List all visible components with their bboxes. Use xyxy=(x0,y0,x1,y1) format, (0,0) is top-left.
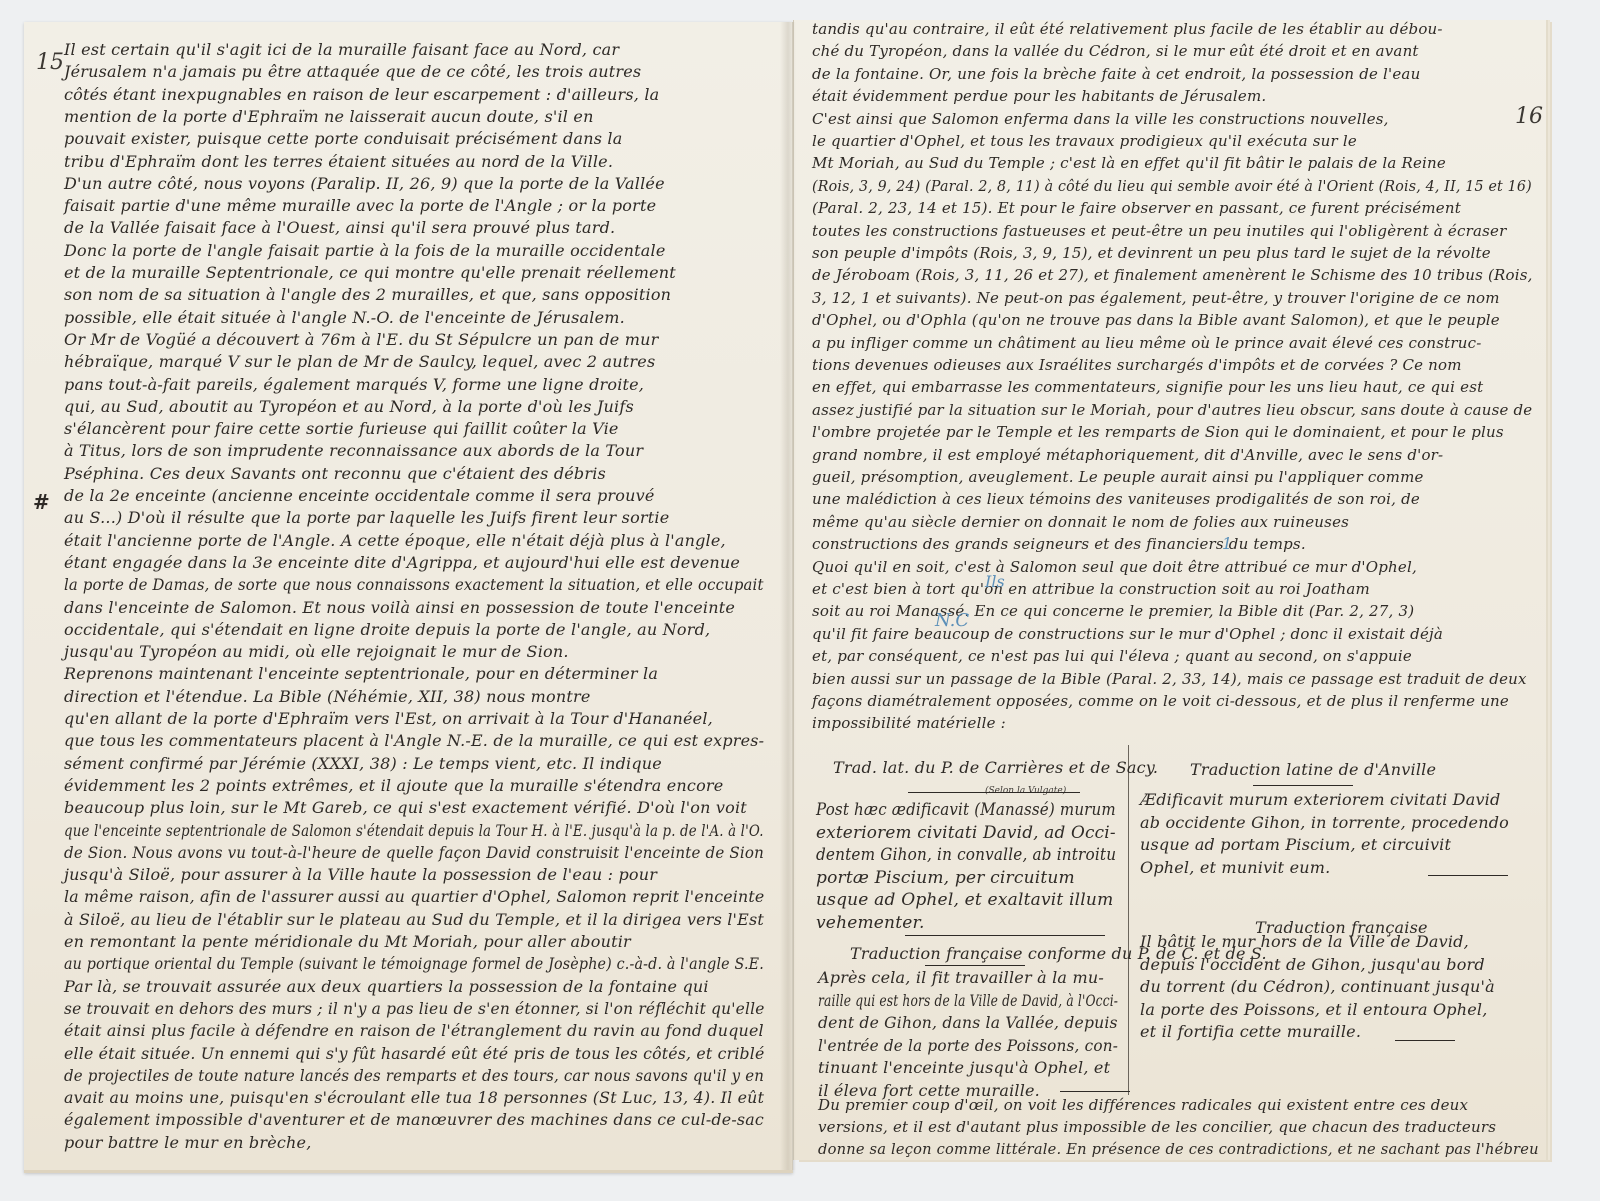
manuscript-line: et, par conséquent, ce n'est pas lui qui… xyxy=(812,647,1412,665)
manuscript-line: d'Ophel, ou d'Ophla (qu'on ne trouve pas… xyxy=(812,311,1500,329)
manuscript-line: sément confirmé par Jérémie (XXXI, 38) :… xyxy=(64,754,662,773)
manuscript-line: soit au roi Manassé. En ce qui concerne … xyxy=(812,602,1414,620)
manuscript-line: Ophel, et munivit eum. xyxy=(1140,858,1330,877)
manuscript-line: de la Vallée faisait face à l'Ouest, ain… xyxy=(64,218,615,237)
manuscript-line: était ainsi plus facile à défendre en ra… xyxy=(64,1021,764,1040)
manuscript-line: Du premier coup d'œil, on voit les diffé… xyxy=(818,1096,1468,1114)
blue-pencil-annotation: N.C xyxy=(935,610,969,631)
manuscript-line: qu'en allant de la porte d'Ephraïm vers … xyxy=(64,709,713,728)
manuscript-line: se trouvait en dehors des murs ; il n'y … xyxy=(64,999,765,1018)
manuscript-line: Ædificavit murum exteriorem civitati Dav… xyxy=(1140,790,1500,809)
manuscript-line: avait au moins une, puisqu'en s'écroulan… xyxy=(64,1088,764,1107)
manuscript-line: depuis l'occident de Gihon, jusqu'au bor… xyxy=(1140,955,1485,974)
manuscript-line: façons diamétralement opposées, comme on… xyxy=(812,692,1509,710)
manuscript-line: tions devenues odieuses aux Israélites s… xyxy=(812,356,1462,374)
manuscript-line: tandis qu'au contraire, il eût été relat… xyxy=(812,20,1443,38)
manuscript-line: ché du Tyropéon, dans la vallée du Cédro… xyxy=(812,42,1419,60)
manuscript-line: était évidemment perdue pour les habitan… xyxy=(812,87,1266,105)
manuscript-line: dent de Gihon, dans la Vallée, depuis xyxy=(818,1013,1118,1032)
manuscript-line: tribu d'Ephraïm dont les terres étaient … xyxy=(64,152,613,171)
manuscript-line: son nom de sa situation à l'angle des 2 … xyxy=(64,285,671,304)
blue-pencil-annotation: Ils xyxy=(985,572,1005,591)
manuscript-line: Il bâtit le mur hors de la Ville de Davi… xyxy=(1140,932,1469,951)
manuscript-line: usque ad Ophel, et exaltavit illum xyxy=(816,890,1113,910)
manuscript-line: en effet, qui embarrasse les commentateu… xyxy=(812,378,1483,396)
danville-translation-heading: Traduction latine de d'Anville xyxy=(1190,760,1436,779)
manuscript-line: Jérusalem n'a jamais pu être attaquée qu… xyxy=(64,62,641,81)
manuscript-line: toutes les constructions fastueuses et p… xyxy=(812,222,1506,240)
manuscript-line: possible, elle était située à l'angle N.… xyxy=(64,308,625,327)
manuscript-line: (Rois, 3, 9, 24) (Paral. 2, 8, 11) à côt… xyxy=(812,177,1532,195)
manuscript-line: Quoi qu'il en soit, c'est à Salomon seul… xyxy=(812,558,1417,576)
manuscript-line: et de la muraille Septentrionale, ce qui… xyxy=(64,263,676,282)
manuscript-line: étant engagée dans la 3e enceinte dite d… xyxy=(64,553,740,572)
manuscript-line: de projectiles de toute nature lancés de… xyxy=(64,1066,764,1085)
manuscript-line: Pséphina. Ces deux Savants ont reconnu q… xyxy=(64,464,606,483)
page-number-left: 15 xyxy=(36,50,64,75)
manuscript-line: (Paral. 2, 23, 14 et 15). Et pour le fai… xyxy=(812,199,1461,217)
manuscript-line: grand nombre, il est employé métaphoriqu… xyxy=(812,446,1443,464)
book-gutter xyxy=(780,22,796,1170)
manuscript-line: à Titus, lors de son imprudente reconnai… xyxy=(64,441,643,460)
end-rule xyxy=(1395,1040,1455,1041)
manuscript-line: était l'ancienne porte de l'Angle. A cet… xyxy=(64,531,726,550)
manuscript-line: beaucoup plus loin, sur le Mt Gareb, ce … xyxy=(64,798,747,817)
manuscript-line: dentem Gihon, in convalle, ab introitu xyxy=(816,845,1116,865)
manuscript-line: au S...) D'où il résulte que la porte pa… xyxy=(64,508,669,527)
manuscript-line: à Siloë, au lieu de l'établir sur le pla… xyxy=(64,910,764,929)
manuscript-line: et il fortifia cette muraille. xyxy=(1140,1022,1361,1041)
manuscript-line: pans tout-à-fait pareils, également marq… xyxy=(64,375,644,394)
manuscript-line: qu'il fit faire beaucoup de construction… xyxy=(812,625,1443,643)
heading-underline xyxy=(925,965,1025,966)
manuscript-line: Mt Moriah, au Sud du Temple ; c'est là e… xyxy=(812,154,1446,172)
manuscript-line: C'est ainsi que Salomon enferma dans la … xyxy=(812,110,1389,128)
manuscript-line: la porte de Damas, de sorte que nous con… xyxy=(64,575,764,594)
manuscript-line: Post hæc ædificavit (Manassé) murum xyxy=(816,800,1116,820)
manuscript-line: Reprenons maintenant l'enceinte septentr… xyxy=(64,664,658,683)
manuscript-line: l'ombre projetée par le Temple et les re… xyxy=(812,423,1504,441)
manuscript-line: portæ Piscium, per circuitum xyxy=(816,868,1075,888)
manuscript-line: impossibilité matérielle : xyxy=(812,714,1006,732)
manuscript-line: son peuple d'impôts (Rois, 3, 9, 15), et… xyxy=(812,244,1491,262)
manuscript-line: usque ad portam Piscium, et circuivit xyxy=(1140,835,1451,854)
manuscript-line: ab occidente Gihon, in torrente, procede… xyxy=(1140,813,1509,832)
manuscript-line: de la 2e enceinte (ancienne enceinte occ… xyxy=(64,486,655,505)
manuscript-line: évidemment les 2 points extrêmes, et il … xyxy=(64,776,723,795)
vulgate-annotation: (Selon la Vulgate) xyxy=(985,786,1066,796)
manuscript-line: également impossible d'aventurer et de m… xyxy=(64,1110,764,1129)
manuscript-line: bien aussi sur un passage de la Bible (P… xyxy=(812,670,1527,688)
manuscript-line: en remontant la pente méridionale du Mt … xyxy=(64,932,631,951)
margin-hash-mark: # xyxy=(33,490,50,514)
manuscript-line: hébraïque, marqué V sur le plan de Mr de… xyxy=(64,352,655,371)
manuscript-line: 3, 12, 1 et suivants). Ne peut-on pas ég… xyxy=(812,289,1500,307)
manuscript-line: Il est certain qu'il s'agit ici de la mu… xyxy=(64,40,619,59)
manuscript-line: l'entrée de la porte des Poissons, con- xyxy=(818,1036,1118,1055)
manuscript-line: que l'enceinte septentrionale de Salomon… xyxy=(64,821,764,840)
manuscript-line: la même raison, afin de l'assurer aussi … xyxy=(64,887,764,906)
manuscript-line: faisait partie d'une même muraille avec … xyxy=(64,196,656,215)
manuscript-line: raille qui est hors de la Ville de David… xyxy=(818,991,1118,1010)
manuscript-line: la porte des Poissons, et il entoura Oph… xyxy=(1140,1000,1488,1019)
manuscript-line: exteriorem civitati David, ad Occi- xyxy=(816,823,1116,843)
manuscript-line: pouvait exister, puisque cette porte con… xyxy=(64,129,622,148)
manuscript-line: mention de la porte d'Ephraïm ne laisser… xyxy=(64,107,594,126)
manuscript-line: côtés étant inexpugnables en raison de l… xyxy=(64,85,659,104)
manuscript-line: tinuant l'enceinte jusqu'à Ophel, et xyxy=(818,1058,1110,1077)
manuscript-line: Or Mr de Vogüé a découvert à 76m à l'E. … xyxy=(64,330,658,349)
blue-pencil-annotation: 1 xyxy=(1222,534,1232,553)
manuscript-line: vehementer. xyxy=(816,913,925,933)
manuscript-line: jusqu'au Tyropéon au midi, où elle rejoi… xyxy=(64,642,569,661)
manuscript-line: Donc la porte de l'angle faisait partie … xyxy=(64,241,666,260)
manuscript-line: de Jéroboam (Rois, 3, 11, 26 et 27), et … xyxy=(812,266,1533,284)
manuscript-line: même qu'au siècle dernier on donnait le … xyxy=(812,513,1349,531)
manuscript-line: a pu infliger comme un châtiment au lieu… xyxy=(812,334,1481,352)
manuscript-line: Après cela, il fit travailler à la mu- xyxy=(818,968,1104,987)
manuscript-line: de Sion. Nous avons vu tout-à-l'heure de… xyxy=(64,843,764,862)
manuscript-line: et c'est bien à tort qu'on en attribue l… xyxy=(812,580,1370,598)
column-divider xyxy=(1128,745,1129,1095)
page-number-right: 16 xyxy=(1515,104,1543,129)
manuscript-line: une malédiction à ces lieux témoins des … xyxy=(812,490,1420,508)
manuscript-line: donne sa leçon comme littérale. En prése… xyxy=(818,1140,1539,1158)
manuscript-line: que tous les commentateurs placent à l'A… xyxy=(64,731,764,750)
manuscript-line: gueil, présomption, aveuglement. Le peup… xyxy=(812,468,1424,486)
manuscript-line: assez justifié par la situation sur le M… xyxy=(812,401,1532,419)
manuscript-line: D'un autre côté, nous voyons (Paralip. I… xyxy=(64,174,665,193)
end-rule xyxy=(1060,1091,1130,1092)
vulgate-translation-heading: Trad. lat. du P. de Carrières et de Sacy… xyxy=(833,758,1158,777)
manuscript-line: de la fontaine. Or, une fois la brèche f… xyxy=(812,65,1420,83)
manuscript-line: du torrent (du Cédron), continuant jusqu… xyxy=(1140,977,1495,996)
manuscript-line: jusqu'à Siloë, pour assurer à la Ville h… xyxy=(64,865,657,884)
end-rule xyxy=(905,935,1105,936)
manuscript-line: versions, et il est d'autant plus imposs… xyxy=(818,1118,1496,1136)
manuscript-line: au portique oriental du Temple (suivant … xyxy=(64,954,764,973)
manuscript-line: qui, au Sud, aboutit au Tyropéon et au N… xyxy=(64,397,634,416)
heading-underline xyxy=(1253,785,1353,786)
manuscript-line: le quartier d'Ophel, et tous les travaux… xyxy=(812,132,1357,150)
end-rule xyxy=(1428,875,1508,876)
manuscript-line: elle était située. Un ennemi qui s'y fût… xyxy=(64,1044,765,1063)
manuscript-line: s'élancèrent pour faire cette sortie fur… xyxy=(64,419,619,438)
manuscript-line: Par là, se trouvait assurée aux deux qua… xyxy=(64,977,709,996)
manuscript-line: pour battre le mur en brèche, xyxy=(64,1133,311,1152)
manuscript-line: direction et l'étendue. La Bible (Néhémi… xyxy=(64,687,591,706)
manuscript-line: dans l'enceinte de Salomon. Et nous voil… xyxy=(64,598,735,617)
heading-underline xyxy=(908,792,1080,793)
manuscript-line: occidentale, qui s'étendait en ligne dro… xyxy=(64,620,710,639)
